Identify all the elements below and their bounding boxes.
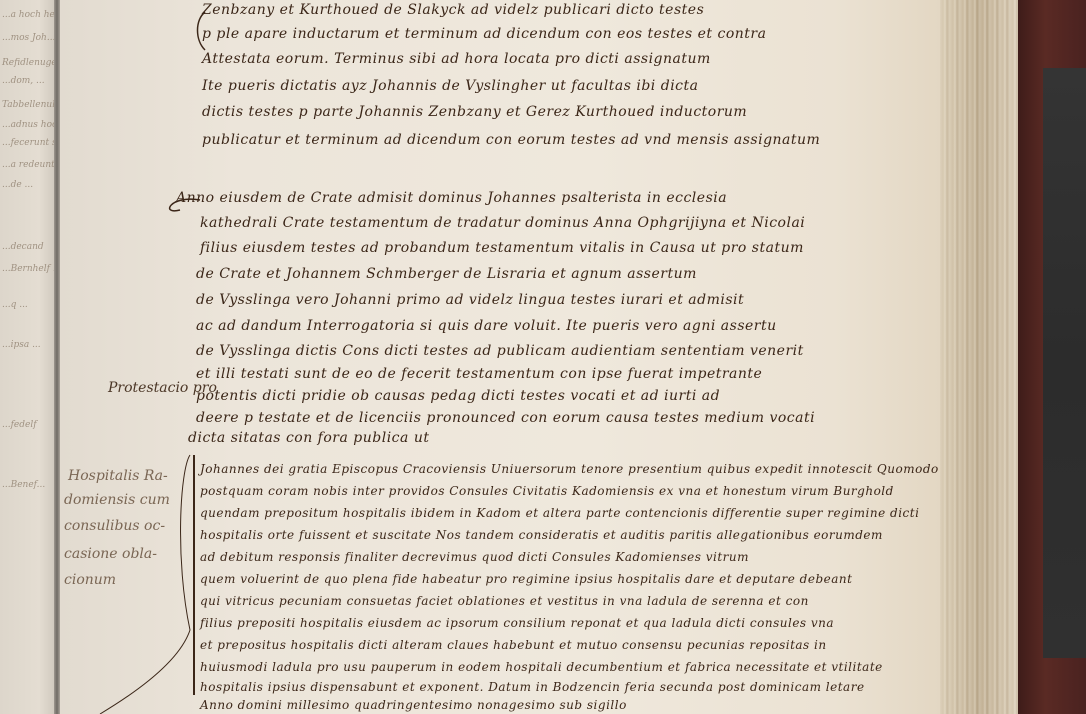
page-block-edges — [940, 0, 1020, 714]
cover-board — [1043, 68, 1086, 658]
ink-flourishes — [0, 0, 1086, 714]
